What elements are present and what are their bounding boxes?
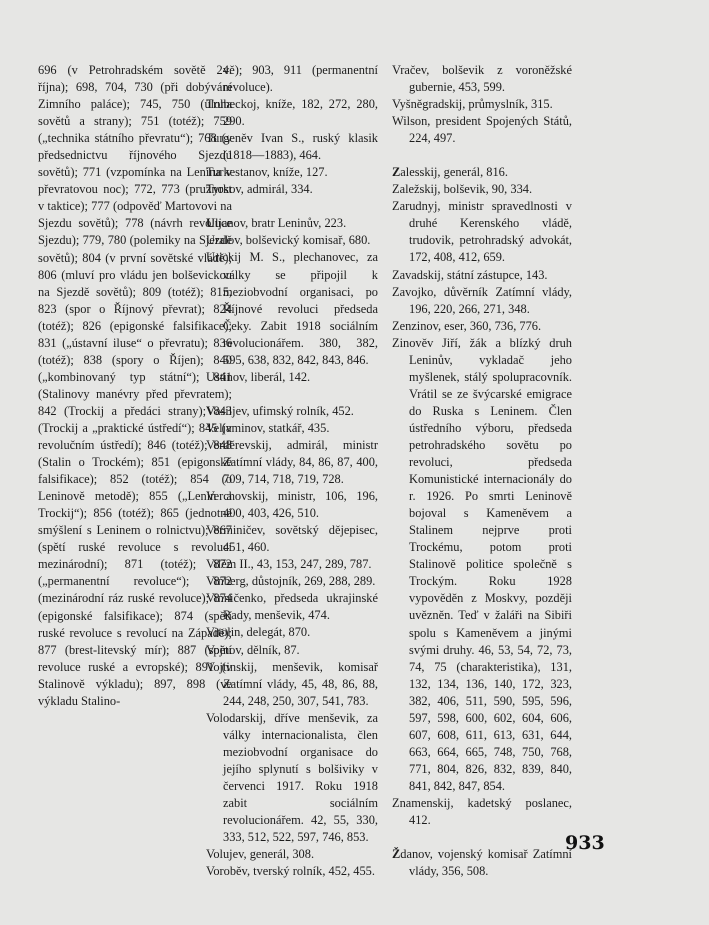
index-entry-text: Zarudnyj, ministr spravedlnosti v druhé … — [392, 199, 572, 264]
index-entry: Zarudnyj, ministr spravedlnosti v druhé … — [392, 198, 572, 266]
index-entry-text: Zavadskij, státní zástupce, 143. — [392, 268, 548, 282]
index-entry-continuation: 696 (v Petrohradském sovětě 24. října); … — [38, 62, 232, 710]
index-entry-text: Zinověv Jiří, žák a blízký druh Leninův,… — [392, 336, 572, 793]
index-entry-text: Turgeněv Ivan S., ruský klasik (1818—188… — [206, 131, 378, 162]
index-entry: Vilém II., 43, 153, 247, 289, 787. — [206, 556, 378, 573]
index-column-1: 696 (v Petrohradském sovětě 24. října); … — [38, 62, 232, 710]
index-page: 696 (v Petrohradském sovětě 24. října); … — [0, 0, 709, 925]
index-entry: Vračev, bolševik z voroněžské gubernie, … — [392, 62, 572, 96]
index-entry-text: Vojtinskij, menševik, komisař Zatímní vl… — [206, 660, 378, 708]
section-gap — [392, 829, 572, 846]
index-entry-text: Turkestanov, kníže, 127. — [206, 165, 328, 179]
index-entry-text: Vinberg, důstojník, 269, 288, 289. — [206, 574, 375, 588]
index-entry: Ustinov, liberál, 142. — [206, 369, 378, 386]
index-entry-text: Vračev, bolševik z voroněžské gubernie, … — [392, 63, 572, 94]
index-entry-text: Wilson, president Spojených Států, 224, … — [392, 114, 572, 145]
index-entry: Vinničenko, předseda ukrajinské Rady, me… — [206, 590, 378, 624]
index-entry: Znamenskij, kadetský poslanec, 412. — [392, 795, 572, 829]
index-entry: Turkestanov, kníže, 127. — [206, 164, 378, 181]
index-entry: Voroběv, tverský rolník, 452, 455. — [206, 863, 378, 880]
index-entry-text: Veljaminov, statkář, 435. — [206, 421, 329, 435]
index-entry-text: Vojnov, dělník, 87. — [206, 643, 300, 657]
index-entry: Vojtinskij, menševik, komisař Zatímní vl… — [206, 659, 378, 710]
index-entry: Zavojko, důvěrník Zatímní vlády, 196, 22… — [392, 284, 572, 318]
index-entry-text: Zaležskij, bolševik, 90, 334. — [392, 182, 532, 196]
index-entry: Uljanov, bratr Leninův, 223. — [206, 215, 378, 232]
index-entries: Vračev, bolševik z voroněžské gubernie, … — [392, 62, 572, 880]
index-entry: Vasiljev, ufimský rolník, 452. — [206, 403, 378, 420]
index-entry: Uralov, bolševický komisař, 680. — [206, 232, 378, 249]
index-entry: Zaležskij, bolševik, 90, 334. — [392, 181, 572, 198]
section-gap — [206, 198, 378, 215]
page-number: 933 — [565, 832, 605, 854]
index-entry: Vitolin, delegát, 870. — [206, 624, 378, 641]
index-entry-text: Volujev, generál, 308. — [206, 847, 314, 861]
section-gap — [392, 147, 572, 164]
index-entry-text: Verchovskij, ministr, 106, 196, 400, 403… — [206, 489, 378, 520]
index-entry-text: Tyrkov, admirál, 334. — [206, 182, 313, 196]
index-entry-text: Vinničenko, předseda ukrajinské Rady, me… — [206, 591, 378, 622]
index-entry-text: Urickij M. S., plechanovec, za války se … — [206, 250, 378, 366]
section-initial: U — [206, 216, 215, 230]
index-entry: Volodarskij, dříve menševik, za války in… — [206, 710, 378, 846]
index-entry: Zalesskij, generál, 816. — [392, 164, 572, 181]
index-entry: Verchovskij, ministr, 106, 196, 400, 403… — [206, 488, 378, 522]
index-entry: Vinberg, důstojník, 269, 288, 289. — [206, 573, 378, 590]
index-entry-text: Vitolin, delegát, 870. — [206, 625, 310, 639]
section-gap — [206, 386, 378, 403]
index-entry-text: Volodarskij, dříve menševik, za války in… — [206, 711, 378, 844]
index-entry-text: ljanov, bratr Leninův, 223. — [215, 216, 346, 230]
index-entry: Wilson, president Spojených Států, 224, … — [392, 113, 572, 147]
index-entry: Vojnov, dělník, 87. — [206, 642, 378, 659]
index-entry: Turgeněv Ivan S., ruský klasik (1818—188… — [206, 130, 378, 164]
index-entry-text: Trubeckoj, kníže, 182, 272, 280, 290. — [206, 97, 378, 128]
index-entry: Volujev, generál, 308. — [206, 846, 378, 863]
index-entry: Vyšněgradskij, průmyslník, 315. — [392, 96, 572, 113]
index-entries: Trubeckoj, kníže, 182, 272, 280, 290.Tur… — [206, 96, 378, 880]
index-entry-text: Zenzinov, eser, 360, 736, 776. — [392, 319, 541, 333]
index-entry-text: Verminičev, sovětský dějepisec, 451, 460… — [206, 523, 378, 554]
index-entry-text: Verděrevskij, admirál, ministr Zatímní v… — [206, 438, 378, 486]
index-entry-text: danov, vojenský komisař Zatímní vlády, 3… — [400, 847, 572, 878]
index-entry-text: Zavojko, důvěrník Zatímní vlády, 196, 22… — [392, 285, 572, 316]
index-entry-text: Znamenskij, kadetský poslanec, 412. — [392, 796, 572, 827]
section-initial: V — [206, 404, 215, 418]
index-entry-text: alesskij, generál, 816. — [400, 165, 508, 179]
index-entry-continuation: vě); 903, 911 (permanentní revoluce). — [206, 62, 378, 96]
index-entry: Zenzinov, eser, 360, 736, 776. — [392, 318, 572, 335]
index-entry: Verminičev, sovětský dějepisec, 451, 460… — [206, 522, 378, 556]
index-entry: Urickij M. S., plechanovec, za války se … — [206, 249, 378, 368]
index-entry: Trubeckoj, kníže, 182, 272, 280, 290. — [206, 96, 378, 130]
index-entry-text: Uralov, bolševický komisař, 680. — [206, 233, 370, 247]
index-entry-text: asiljev, ufimský rolník, 452. — [215, 404, 354, 418]
index-column-2: vě); 903, 911 (permanentní revoluce). Tr… — [206, 62, 378, 880]
index-entry: Verděrevskij, admirál, ministr Zatímní v… — [206, 437, 378, 488]
index-entry: Zinověv Jiří, žák a blízký druh Leninův,… — [392, 335, 572, 795]
index-entry: Zavadskij, státní zástupce, 143. — [392, 267, 572, 284]
index-entry-text: Vyšněgradskij, průmyslník, 315. — [392, 97, 553, 111]
index-column-3: Vračev, bolševik z voroněžské gubernie, … — [392, 62, 572, 880]
index-entry-text: Voroběv, tverský rolník, 452, 455. — [206, 864, 375, 878]
index-entry-text: Ustinov, liberál, 142. — [206, 370, 310, 384]
index-entry-text: Vilém II., 43, 153, 247, 289, 787. — [206, 557, 371, 571]
index-entry: Ždanov, vojenský komisař Zatímní vlády, … — [392, 846, 572, 880]
index-entry: Tyrkov, admirál, 334. — [206, 181, 378, 198]
index-entry: Veljaminov, statkář, 435. — [206, 420, 378, 437]
